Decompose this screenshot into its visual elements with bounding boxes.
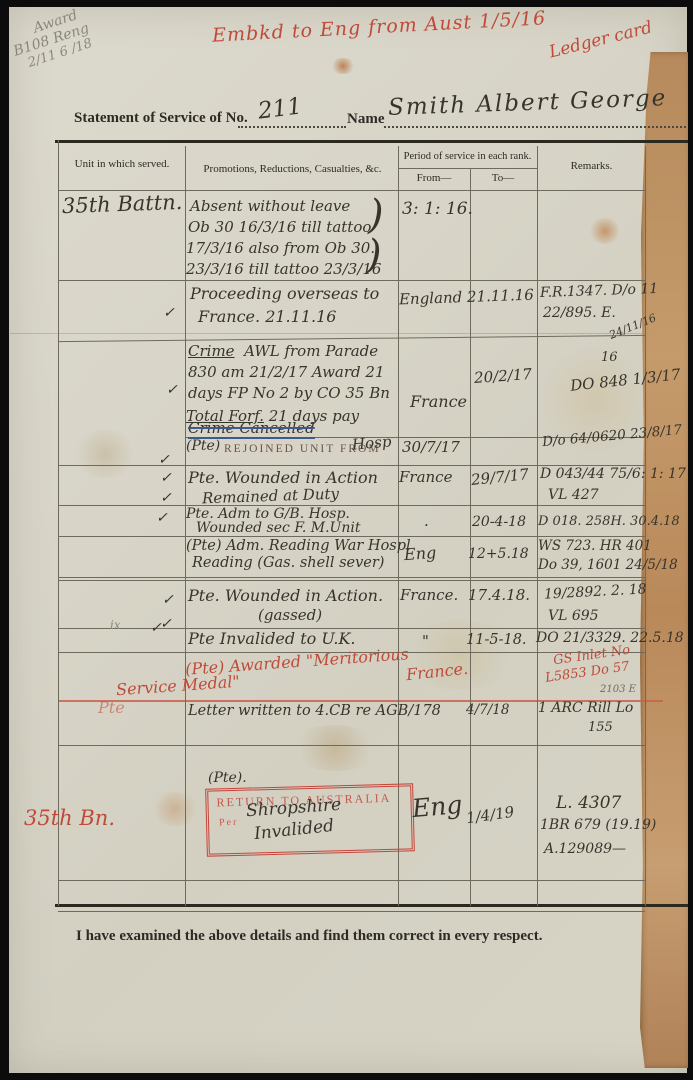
remark-entry: VL 695 <box>548 608 599 624</box>
service-to: 12+5.18 <box>468 546 529 562</box>
service-from: 30/7/17 <box>402 438 460 456</box>
pencil-mark: ix <box>110 618 121 632</box>
rank-entry: (Pte). <box>208 770 247 786</box>
promotion-entry: France. 21.11.16 <box>198 307 336 326</box>
promotion-entry: 23/3/16 till tattoo 23/3/16 <box>186 260 381 278</box>
remark-entry: 1BR 679 (19.19) <box>540 817 656 833</box>
brace-mark: ) <box>366 232 382 278</box>
header-promotions: Promotions, Reductions, Casualties, &c. <box>190 163 395 175</box>
service-to: 17.4.18. <box>468 586 530 604</box>
checkmark: ✓ <box>163 305 175 321</box>
remark-entry: 16 <box>601 350 618 365</box>
header-period: Period of service in each rank. <box>399 151 536 162</box>
remark-entry: L. 4307 <box>556 793 621 813</box>
promotion-entry: Pte. Wounded in Action. <box>188 586 383 605</box>
promotion-entry: Pte Invalided to U.K. <box>188 629 356 648</box>
grid-line <box>470 168 471 906</box>
grid-line <box>58 745 645 746</box>
grid-line <box>58 280 645 281</box>
promotion-entry: Proceeding overseas to <box>190 284 379 303</box>
checkmark: ✓ <box>160 616 172 632</box>
remark-entry: VL 427 <box>548 487 599 503</box>
service-from: Eng <box>411 790 464 823</box>
checkmark: ✓ <box>160 470 172 486</box>
service-to: 20-4-18 <box>472 514 526 530</box>
service-from: 3: 1: 16. <box>402 199 473 219</box>
service-from: Eng <box>403 543 436 564</box>
service-from: France <box>399 468 452 486</box>
checkmark: ✓ <box>158 452 170 468</box>
promotion-entry: (gassed) <box>258 606 322 624</box>
remark-entry: 155 <box>588 720 613 735</box>
header-unit: Unit in which served. <box>62 158 182 170</box>
promotion-text: AWL from Parade <box>244 342 378 360</box>
checkmark: ✓ <box>162 592 174 608</box>
unit-entry: 35th Battn. <box>62 190 183 218</box>
promotion-entry: Pte. Wounded in Action <box>188 468 378 487</box>
crime-label: Crime <box>188 342 235 360</box>
grid-line <box>58 580 645 581</box>
checkmark: ✓ <box>160 490 172 506</box>
promotion-entry: 17/3/16 also from Ob 30. <box>186 239 375 257</box>
statement-title: Statement of Service of No. <box>74 110 248 127</box>
remark-entry: D 018. 258H. 30.4.18 <box>538 514 680 529</box>
remark-entry: 1 ARC Rill Lo <box>538 700 633 716</box>
certification-statement: I have examined the above details and fi… <box>76 928 542 945</box>
header-from: From— <box>399 172 469 184</box>
remark-entry: DO 21/3329. 22.5.18 <box>536 630 684 646</box>
table-bottom-rule <box>55 904 688 907</box>
service-from: " <box>422 632 429 650</box>
cancelled-entry: Crime Cancelled <box>188 419 315 439</box>
promotion-entry: Hosp <box>351 432 392 453</box>
service-from: France. <box>400 586 458 604</box>
service-number: 211 <box>257 93 304 124</box>
service-from: France <box>410 392 467 411</box>
name-rule <box>384 125 686 128</box>
promotion-entry: Crime AWL from Parade <box>188 342 378 360</box>
grid-line <box>58 577 645 578</box>
unit-entry: 35th Bn. <box>24 806 115 830</box>
promotion-entry: (Pte) Adm. Reading War Hospl <box>186 538 411 554</box>
table-top-rule <box>55 140 688 143</box>
grid-line <box>58 880 645 881</box>
promotion-entry: 830 am 21/2/17 Award 21 <box>188 363 385 381</box>
rank-entry: (Pte) <box>186 438 220 454</box>
grid-line <box>58 140 59 906</box>
remark-entry: WS 723. HR 401 <box>538 538 652 554</box>
rank-entry: Pte <box>98 698 125 717</box>
header-remarks: Remarks. <box>540 160 643 172</box>
checkmark: ✓ <box>156 510 168 526</box>
remark-entry: D 043/44 75/6: 1: 17 <box>540 466 686 482</box>
promotion-entry: Letter written to 4.CB re AGB/178 <box>188 703 441 719</box>
service-to: 4/7/18 <box>466 702 509 718</box>
service-from: . <box>424 512 429 530</box>
service-to: 11-5-18. <box>466 632 527 648</box>
grid-line <box>58 505 645 506</box>
remark-entry: Do 39, 1601 24/5/18 <box>538 557 678 573</box>
promotion-entry: Ob 30 16/3/16 till tattoo <box>188 218 371 236</box>
header-to: To— <box>471 172 535 184</box>
grid-line <box>58 911 645 912</box>
fold-crease <box>10 333 686 334</box>
promotion-entry: Reading (Gas. shell sever) <box>192 555 384 571</box>
promotion-entry: Absent without leave <box>190 197 350 215</box>
pencil-mark: 2103 E <box>600 684 636 695</box>
name-label: Name <box>347 111 385 128</box>
stamp-per-label: Per <box>219 817 239 829</box>
grid-line <box>58 536 645 537</box>
remark-entry: A.129089— <box>544 841 626 857</box>
checkmark: ✓ <box>166 382 178 398</box>
promotion-entry: days FP No 2 by CO 35 Bn <box>188 384 390 402</box>
remark-entry: 22/895. E. <box>543 305 616 321</box>
document-page: Award B108 Reng 2/11 6 /18 Embkd to Eng … <box>0 0 693 1080</box>
number-rule <box>238 125 346 128</box>
grid-line <box>398 168 537 169</box>
promotion-entry: Wounded sec F. M.Unit <box>196 520 360 536</box>
